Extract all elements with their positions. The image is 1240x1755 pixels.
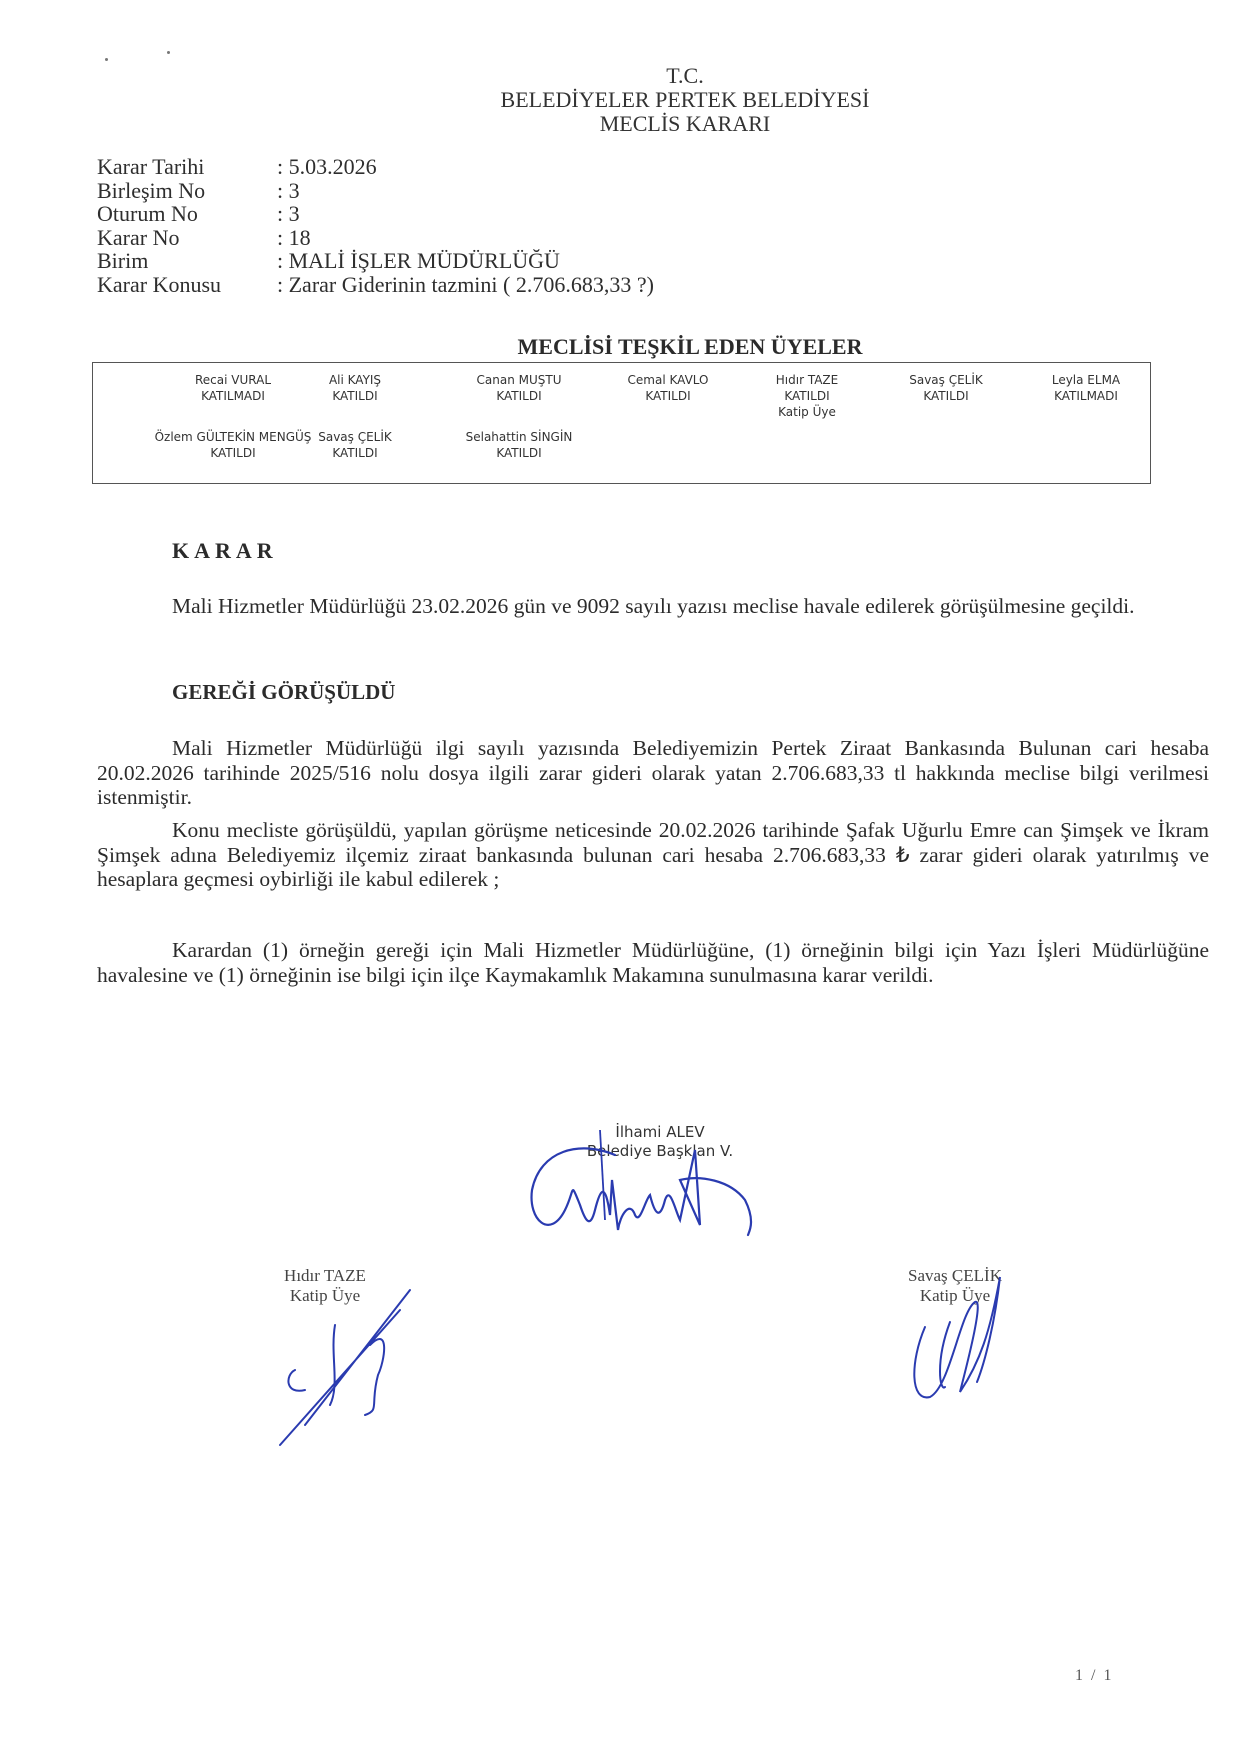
members-title: MECLİSİ TEŞKİL EDEN ÜYELER <box>0 334 1240 360</box>
member-status: KATILDI <box>265 388 445 404</box>
member-entry: Ali KAYIŞ KATILDI <box>265 372 445 404</box>
paragraph-intro: Mali Hizmetler Müdürlüğü 23.02.2026 gün … <box>97 594 1209 619</box>
meta-label: Karar Tarihi <box>97 155 277 179</box>
meta-label: Birleşim No <box>97 179 277 203</box>
page-number: 1 / 1 <box>1075 1667 1113 1685</box>
scan-speck <box>105 58 108 61</box>
document-header: T.C. BELEDİYELER PERTEK BELEDİYESİ MECLİ… <box>0 64 1240 136</box>
header-tc: T.C. <box>130 64 1240 88</box>
paragraph-text: Mali Hizmetler Müdürlüğü 23.02.2026 gün … <box>172 594 1135 618</box>
meta-value: : 18 <box>277 226 311 250</box>
meta-value: : 3 <box>277 179 300 203</box>
member-status: KATILDI <box>429 445 609 461</box>
meta-label: Karar No <box>97 226 277 250</box>
meta-row-unit: Birim : MALİ İŞLER MÜDÜRLÜĞÜ <box>97 249 654 273</box>
member-entry: Selahattin SİNGİN KATILDI <box>429 429 609 461</box>
meta-value: : MALİ İŞLER MÜDÜRLÜĞÜ <box>277 249 560 273</box>
member-name: Ali KAYIŞ <box>265 372 445 388</box>
meta-label: Birim <box>97 249 277 273</box>
meta-label: Oturum No <box>97 202 277 226</box>
members-box: Recai VURAL KATILMADI Ali KAYIŞ KATILDI … <box>92 362 1151 484</box>
meta-row-sitting: Oturum No : 3 <box>97 202 654 226</box>
member-name: Leyla ELMA <box>996 372 1176 388</box>
paragraph-text: Karardan (1) örneğin gereği için Mali Hi… <box>97 938 1209 987</box>
scan-speck <box>167 51 170 54</box>
header-decision-title: MECLİS KARARI <box>130 112 1240 136</box>
member-name: Selahattin SİNGİN <box>429 429 609 445</box>
members-title-text: MECLİSİ TEŞKİL EDEN ÜYELER <box>518 334 863 359</box>
member-role: Katip Üye <box>717 404 897 420</box>
meta-row-session: Birleşim No : 3 <box>97 179 654 203</box>
meta-row-date: Karar Tarihi : 5.03.2026 <box>97 155 654 179</box>
member-entry: Leyla ELMA KATILMADI <box>996 372 1176 404</box>
decision-heading: KARAR <box>172 538 278 564</box>
member-entry: Savaş ÇELİK KATILDI <box>265 429 445 461</box>
member-name: Savaş ÇELİK <box>265 429 445 445</box>
left-signature-icon <box>270 1285 430 1450</box>
meta-value: : 3 <box>277 202 300 226</box>
meta-label: Karar Konusu <box>97 273 277 297</box>
paragraph-distribution: Karardan (1) örneğin gereği için Mali Hi… <box>97 938 1209 987</box>
right-signature-icon <box>905 1272 1025 1412</box>
member-status: KATILMADI <box>996 388 1176 404</box>
mayor-signature-icon <box>520 1120 800 1250</box>
member-status: KATILDI <box>265 445 445 461</box>
paragraph-resolution: Konu mecliste görüşüldü, yapılan görüşme… <box>97 818 1209 892</box>
meta-value: : 5.03.2026 <box>277 155 377 179</box>
meta-value: : Zarar Giderinin tazmini ( 2.706.683,33… <box>277 273 654 297</box>
paragraph-request: Mali Hizmetler Müdürlüğü ilgi sayılı yaz… <box>97 736 1209 810</box>
paragraph-text: Konu mecliste görüşüldü, yapılan görüşme… <box>97 818 1209 891</box>
meta-row-subject: Karar Konusu : Zarar Giderinin tazmini (… <box>97 273 654 297</box>
discussed-heading: GEREĞİ GÖRÜŞÜLDÜ <box>172 680 395 705</box>
meta-row-decision-no: Karar No : 18 <box>97 226 654 250</box>
decision-meta: Karar Tarihi : 5.03.2026 Birleşim No : 3… <box>97 155 654 296</box>
paragraph-text: Mali Hizmetler Müdürlüğü ilgi sayılı yaz… <box>97 736 1209 809</box>
left-signer-name: Hıdır TAZE <box>255 1266 395 1286</box>
header-municipality: BELEDİYELER PERTEK BELEDİYESİ <box>130 88 1240 112</box>
